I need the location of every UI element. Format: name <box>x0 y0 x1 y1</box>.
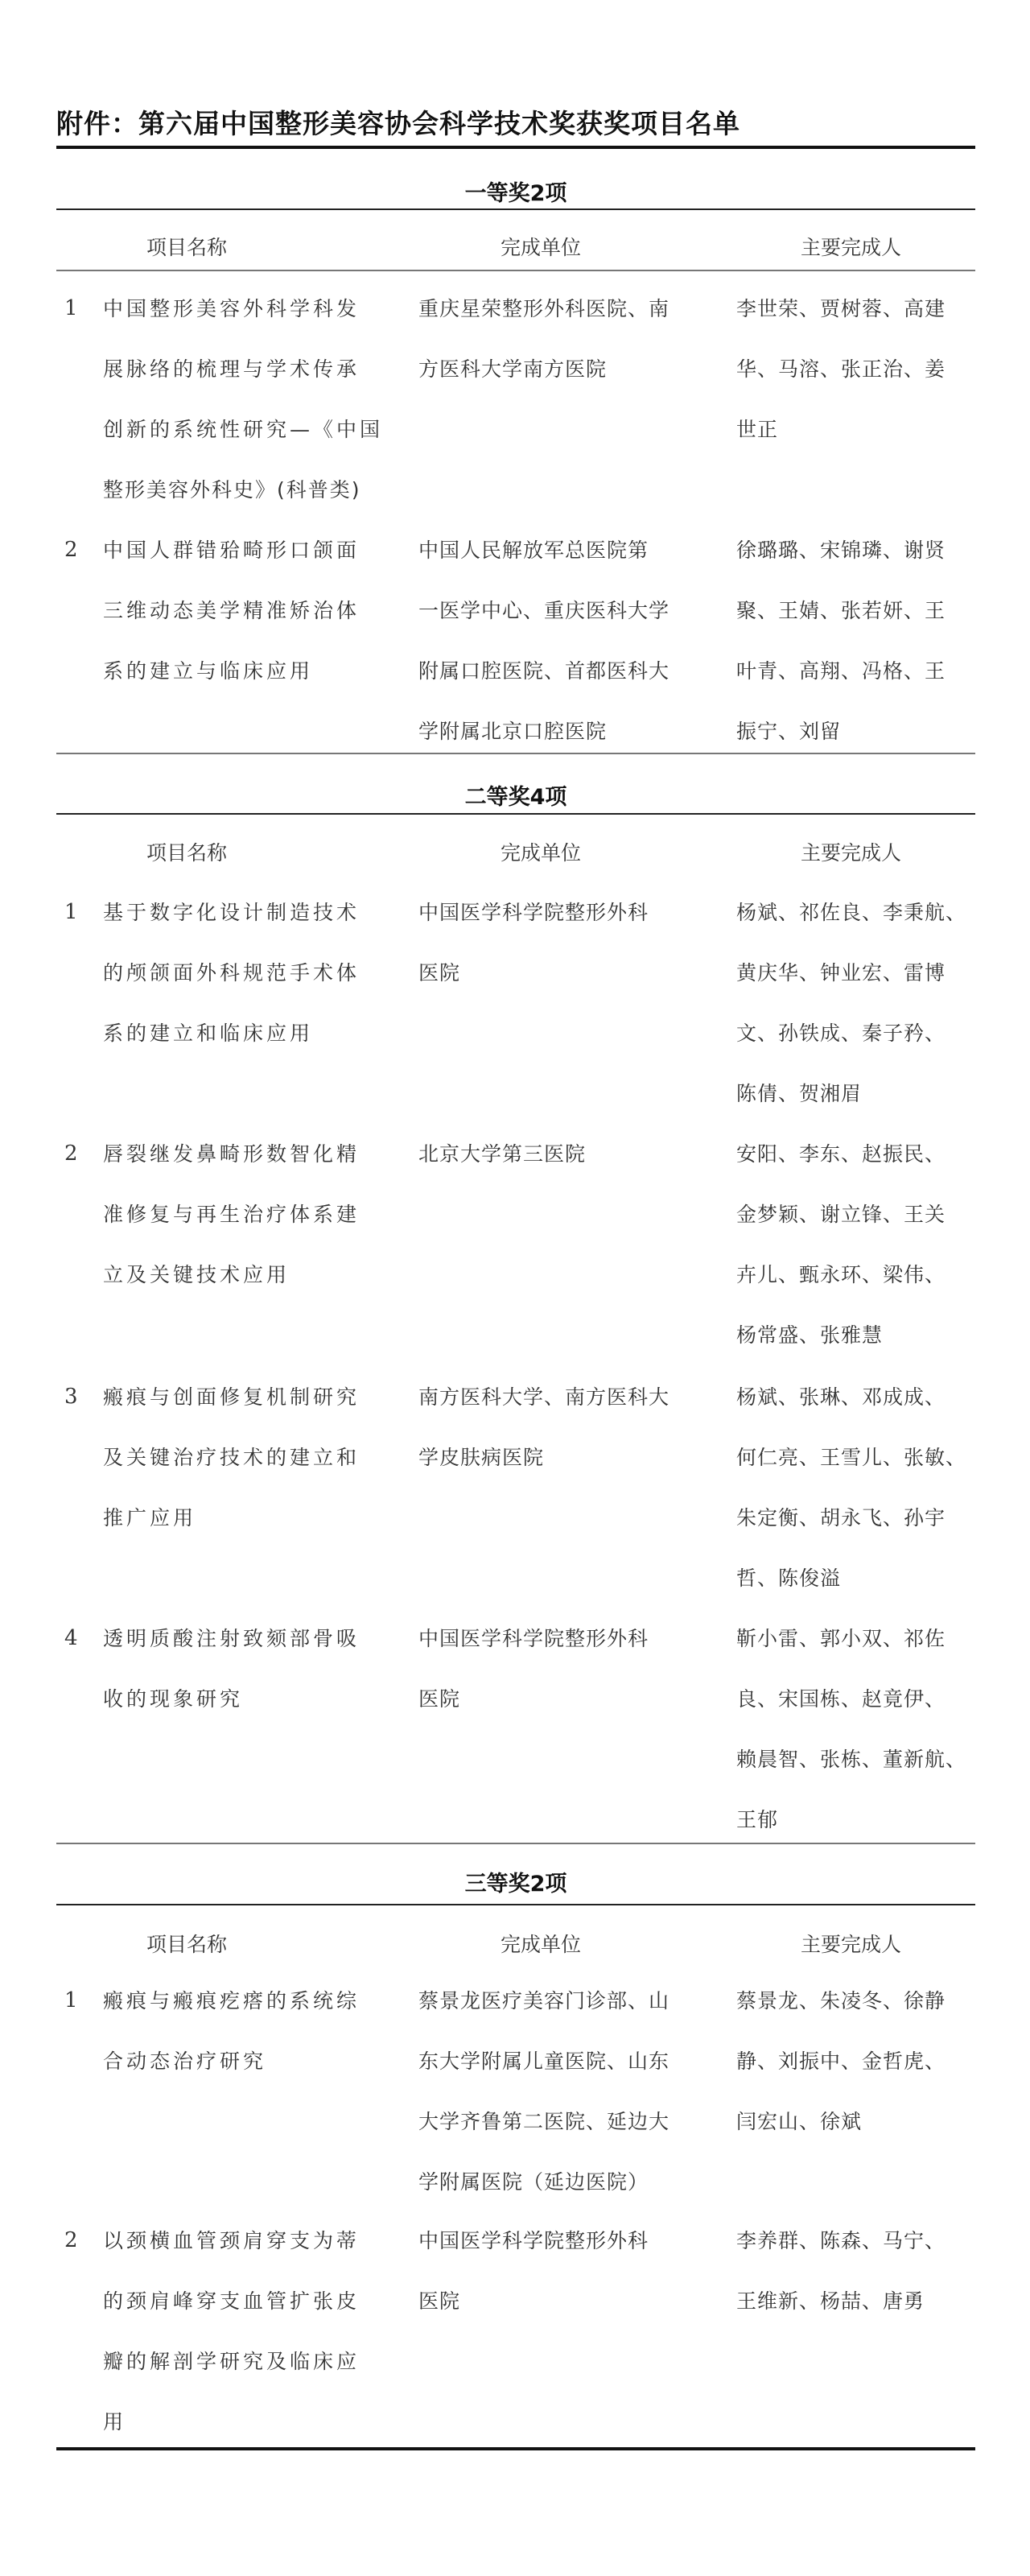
text-line: 中国整形美容外科学科发 <box>103 279 425 339</box>
text-line: 王郁 <box>736 1790 978 1850</box>
column-header-people: 主要完成人 <box>801 232 901 261</box>
column-header-unit: 完成单位 <box>501 232 581 261</box>
row-number: 1 <box>64 900 78 924</box>
text-line: 系的建立与临床应用 <box>103 641 425 701</box>
text-line: 的颈肩峰穿支血管扩张皮 <box>103 2271 425 2331</box>
text-line: 用 <box>103 2392 425 2452</box>
text-line: 何仁亮、王雪儿、张敏、 <box>736 1427 978 1488</box>
text-line: 杨斌、张琳、邓成成、 <box>736 1367 978 1427</box>
text-line: 蔡景龙、朱凌冬、徐静 <box>736 1971 978 2031</box>
text-line: 基于数字化设计制造技术 <box>103 882 425 943</box>
text-line: 中国医学科学院整形外科 <box>418 882 716 943</box>
text-line: 创新的系统性研究—《中国 <box>103 399 425 460</box>
text-line: 中国人群错𬌗畸形口颌面 <box>103 520 425 580</box>
text-line: 杨斌、祁佐良、李秉航、 <box>736 882 978 943</box>
text-line: 朱定衡、胡永飞、孙宇 <box>736 1488 978 1548</box>
document-title: 附件：第六届中国整形美容协会科学技术奖获奖项目名单 <box>56 103 740 141</box>
project-name: 中国整形美容外科学科发 展脉络的梳理与学术传承 创新的系统性研究—《中国 整形美… <box>103 279 425 520</box>
text-line: 及关键治疗技术的建立和 <box>103 1427 425 1488</box>
project-name: 以颈横血管颈肩穿支为蒂 的颈肩峰穿支血管扩张皮 瓣的解剖学研究及临床应 用 <box>103 2211 425 2452</box>
text-line: 华、马溶、张正治、姜 <box>736 339 978 399</box>
section-heading-third-prize: 三等奖2项 <box>56 1866 975 1897</box>
text-line: 重庆星荣整形外科医院、南 <box>418 279 716 339</box>
text-line: 透明质酸注射致颏部骨吸 <box>103 1608 425 1669</box>
text-line: 东大学附属儿童医院、山东 <box>418 2031 716 2091</box>
project-name: 中国人群错𬌗畸形口颌面 三维动态美学精准矫治体 系的建立与临床应用 <box>103 520 425 701</box>
completing-unit: 重庆星荣整形外科医院、南 方医科大学南方医院 <box>418 279 716 399</box>
text-line: 王维新、杨喆、唐勇 <box>736 2271 978 2331</box>
text-line: 赖晨智、张栋、董新航、 <box>736 1729 978 1790</box>
section-rule <box>56 208 975 210</box>
text-line: 陈倩、贺湘眉 <box>736 1063 978 1124</box>
completing-unit: 北京大学第三医院 <box>418 1124 716 1184</box>
text-line: 聚、王婧、张若妍、王 <box>736 580 978 641</box>
text-line: 南方医科大学、南方医科大 <box>418 1367 716 1427</box>
main-contributors: 杨斌、祁佐良、李秉航、 黄庆华、钟业宏、雷博 文、孙铁成、秦子矜、 陈倩、贺湘眉 <box>736 882 978 1124</box>
text-line: 李养群、陈森、马宁、 <box>736 2211 978 2271</box>
main-contributors: 蔡景龙、朱凌冬、徐静 静、刘振中、金哲虎、 闫宏山、徐斌 <box>736 1971 978 2152</box>
row-number: 2 <box>64 2228 78 2252</box>
text-line: 收的现象研究 <box>103 1669 425 1729</box>
row-number: 2 <box>64 538 78 562</box>
text-line: 金梦颖、谢立锋、王关 <box>736 1184 978 1245</box>
project-name: 瘢痕与瘢痕疙瘩的系统综 合动态治疗研究 <box>103 1971 425 2091</box>
main-contributors: 靳小雷、郭小双、祁佐 良、宋国栋、赵竟伊、 赖晨智、张栋、董新航、 王郁 <box>736 1608 978 1850</box>
text-line: 立及关键技术应用 <box>103 1245 425 1305</box>
column-header-unit: 完成单位 <box>501 1929 581 1958</box>
main-contributors: 安阳、李东、赵振民、 金梦颖、谢立锋、王关 卉儿、甄永环、梁伟、 杨常盛、张雅慧 <box>736 1124 978 1365</box>
completing-unit: 中国人民解放军总医院第 一医学中心、重庆医科大学 附属口腔医院、首都医科大 学附… <box>418 520 716 762</box>
column-header-project: 项目名称 <box>146 232 227 261</box>
text-line: 整形美容外科史》(科普类) <box>103 460 425 520</box>
text-line: 北京大学第三医院 <box>418 1124 716 1184</box>
main-contributors: 李养群、陈森、马宁、 王维新、杨喆、唐勇 <box>736 2211 978 2331</box>
text-line: 世正 <box>736 399 978 460</box>
text-line: 良、宋国栋、赵竟伊、 <box>736 1669 978 1729</box>
text-line: 闫宏山、徐斌 <box>736 2091 978 2152</box>
column-header-people: 主要完成人 <box>801 1929 901 1958</box>
column-header-people: 主要完成人 <box>801 837 901 866</box>
text-line: 静、刘振中、金哲虎、 <box>736 2031 978 2091</box>
main-contributors: 徐璐璐、宋锦璘、谢贤 聚、王婧、张若妍、王 叶青、高翔、冯格、王 振宁、刘留 <box>736 520 978 762</box>
text-line: 黄庆华、钟业宏、雷博 <box>736 943 978 1003</box>
section-rule <box>56 1904 975 1905</box>
section-rule <box>56 813 975 815</box>
text-line: 医院 <box>418 943 716 1003</box>
text-line: 准修复与再生治疗体系建 <box>103 1184 425 1245</box>
section-heading-second-prize: 二等奖4项 <box>56 779 975 811</box>
text-line: 瘢痕与瘢痕疙瘩的系统综 <box>103 1971 425 2031</box>
header-rule <box>56 270 975 271</box>
text-line: 瓣的解剖学研究及临床应 <box>103 2331 425 2392</box>
text-line: 杨常盛、张雅慧 <box>736 1305 978 1365</box>
completing-unit: 南方医科大学、南方医科大 学皮肤病医院 <box>418 1367 716 1488</box>
completing-unit: 中国医学科学院整形外科 医院 <box>418 1608 716 1729</box>
text-line: 方医科大学南方医院 <box>418 339 716 399</box>
text-line: 哲、陈俊溢 <box>736 1548 978 1608</box>
row-number: 1 <box>64 296 78 320</box>
project-name: 基于数字化设计制造技术 的颅颌面外科规范手术体 系的建立和临床应用 <box>103 882 425 1063</box>
text-line: 医院 <box>418 2271 716 2331</box>
text-line: 唇裂继发鼻畸形数智化精 <box>103 1124 425 1184</box>
text-line: 瘢痕与创面修复机制研究 <box>103 1367 425 1427</box>
section-end-rule <box>56 1843 975 1844</box>
main-contributors: 李世荣、贾树蓉、高建 华、马溶、张正治、姜 世正 <box>736 279 978 460</box>
row-number: 4 <box>64 1626 78 1650</box>
text-line: 靳小雷、郭小双、祁佐 <box>736 1608 978 1669</box>
text-line: 李世荣、贾树蓉、高建 <box>736 279 978 339</box>
text-line: 三维动态美学精准矫治体 <box>103 580 425 641</box>
column-header-project: 项目名称 <box>146 1929 227 1958</box>
text-line: 中国医学科学院整形外科 <box>418 1608 716 1669</box>
text-line: 附属口腔医院、首都医科大 <box>418 641 716 701</box>
section-heading-first-prize: 一等奖2项 <box>56 175 975 207</box>
text-line: 系的建立和临床应用 <box>103 1003 425 1063</box>
text-line: 以颈横血管颈肩穿支为蒂 <box>103 2211 425 2271</box>
text-line: 的颅颌面外科规范手术体 <box>103 943 425 1003</box>
text-line: 卉儿、甄永环、梁伟、 <box>736 1245 978 1305</box>
text-line: 一医学中心、重庆医科大学 <box>418 580 716 641</box>
document-end-rule <box>56 2447 975 2450</box>
row-number: 2 <box>64 1141 78 1166</box>
text-line: 大学齐鲁第二医院、延边大 <box>418 2091 716 2152</box>
text-line: 学皮肤病医院 <box>418 1427 716 1488</box>
text-line: 叶青、高翔、冯格、王 <box>736 641 978 701</box>
text-line: 学附属医院（延边医院） <box>418 2152 716 2212</box>
title-rule <box>56 146 975 149</box>
row-number: 1 <box>64 1988 78 2013</box>
completing-unit: 中国医学科学院整形外科 医院 <box>418 2211 716 2331</box>
text-line: 合动态治疗研究 <box>103 2031 425 2091</box>
text-line: 蔡景龙医疗美容门诊部、山 <box>418 1971 716 2031</box>
project-name: 透明质酸注射致颏部骨吸 收的现象研究 <box>103 1608 425 1729</box>
completing-unit: 蔡景龙医疗美容门诊部、山 东大学附属儿童医院、山东 大学齐鲁第二医院、延边大 学… <box>418 1971 716 2212</box>
completing-unit: 中国医学科学院整形外科 医院 <box>418 882 716 1003</box>
text-line: 中国人民解放军总医院第 <box>418 520 716 580</box>
text-line: 医院 <box>418 1669 716 1729</box>
column-header-project: 项目名称 <box>146 837 227 866</box>
main-contributors: 杨斌、张琳、邓成成、 何仁亮、王雪儿、张敏、 朱定衡、胡永飞、孙宇 哲、陈俊溢 <box>736 1367 978 1608</box>
project-name: 瘢痕与创面修复机制研究 及关键治疗技术的建立和 推广应用 <box>103 1367 425 1548</box>
project-name: 唇裂继发鼻畸形数智化精 准修复与再生治疗体系建 立及关键技术应用 <box>103 1124 425 1305</box>
text-line: 徐璐璐、宋锦璘、谢贤 <box>736 520 978 580</box>
column-header-unit: 完成单位 <box>501 837 581 866</box>
section-end-rule <box>56 753 975 754</box>
text-line: 安阳、李东、赵振民、 <box>736 1124 978 1184</box>
text-line: 中国医学科学院整形外科 <box>418 2211 716 2271</box>
text-line: 展脉络的梳理与学术传承 <box>103 339 425 399</box>
text-line: 推广应用 <box>103 1488 425 1548</box>
row-number: 3 <box>64 1385 78 1409</box>
text-line: 文、孙铁成、秦子矜、 <box>736 1003 978 1063</box>
